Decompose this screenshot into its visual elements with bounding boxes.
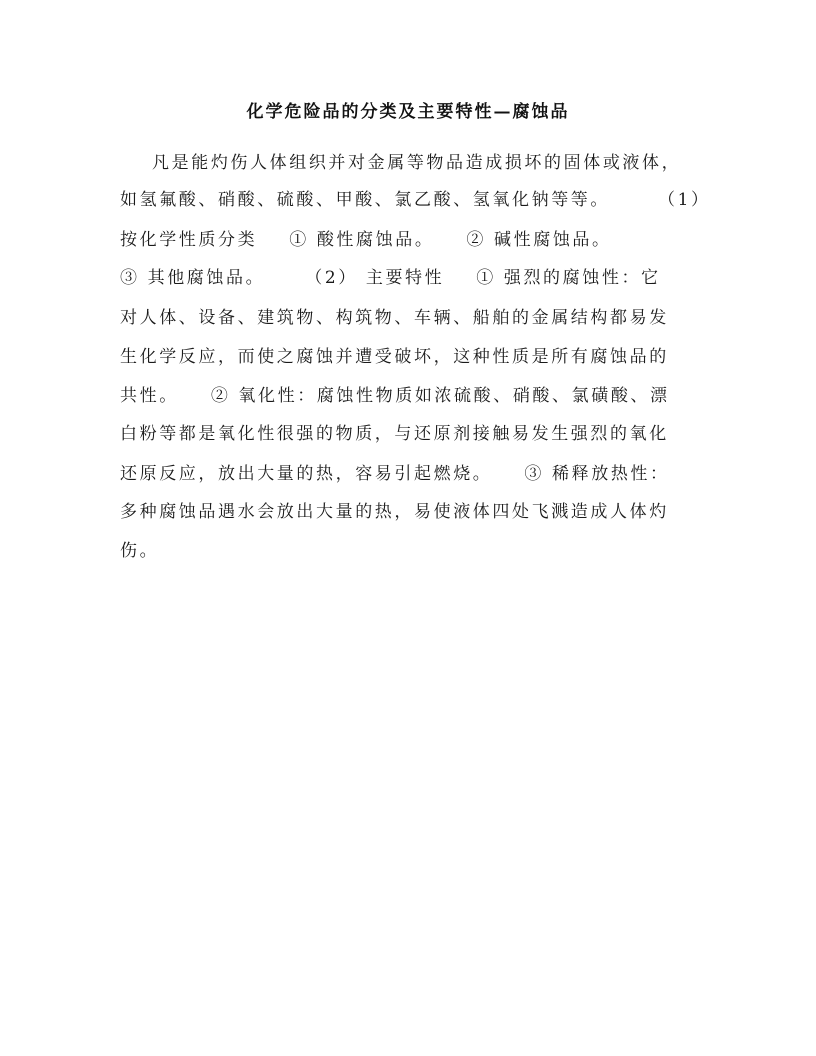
paragraph-line: 共性。 ② 氧化性：腐蚀性物质如浓硫酸、硝酸、氯磺酸、漂: [120, 386, 670, 406]
paragraph-line: 按化学性质分类 ① 酸性腐蚀品。 ② 碱性腐蚀品。: [120, 230, 612, 250]
paragraph-line: 如氢氟酸、硝酸、硫酸、甲酸、氯乙酸、氢氧化钠等等。 （1）: [120, 190, 711, 210]
paragraph-line: 还原反应，放出大量的热，容易引起燃烧。 ③ 稀释放热性：: [120, 464, 670, 484]
paragraph-line: 生化学反应，而使之腐蚀并遭受破坏，这种性质是所有腐蚀品的: [120, 347, 669, 367]
paragraph-line: 凡是能灼伤人体组织并对金属等物品造成损坏的固体或液体，: [120, 153, 681, 173]
paragraph-line: 对人体、设备、建筑物、构筑物、车辆、船舶的金属结构都易发: [120, 308, 669, 328]
document-title: 化学危险品的分类及主要特性—腐蚀品: [0, 97, 816, 122]
paragraph-line: 多种腐蚀品遇水会放出大量的热，易使液体四处飞溅造成人体灼: [120, 502, 669, 522]
paragraph-line: ③ 其他腐蚀品。 （2） 主要特性 ① 强烈的腐蚀性：它: [120, 268, 661, 288]
paragraph-line: 伤。: [120, 541, 159, 561]
paragraph-line: 白粉等都是氧化性很强的物质，与还原剂接触易发生强烈的氧化: [120, 424, 669, 444]
document-page: 化学危险品的分类及主要特性—腐蚀品 凡是能灼伤人体组织并对金属等物品造成损坏的固…: [0, 0, 816, 1056]
